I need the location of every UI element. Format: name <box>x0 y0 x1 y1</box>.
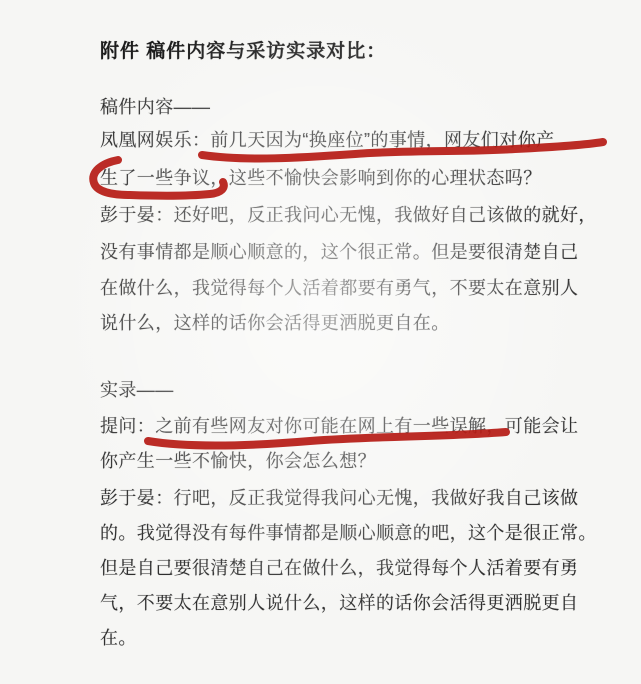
section-label-transcript: 实录—— <box>100 378 174 402</box>
transcript-question-line-2: 你产生一些不愉快，你会怎么想？ <box>100 449 376 473</box>
draft-answer-line-4: 说什么，这样的话你会活得更洒脱更自在。 <box>100 311 450 335</box>
document-photo-page: 附件 稿件内容与采访实录对比： 稿件内容—— 凤凰网娱乐：前几天因为“换座位”的… <box>0 0 641 684</box>
section-label-draft: 稿件内容—— <box>100 95 210 119</box>
draft-answer-line-1: 彭于晏：还好吧，反正我问心无愧，我做好自己该做的就好， <box>100 203 597 227</box>
transcript-answer-line-2: 的。我觉得没有每件事情都是顺心顺意的吧，这个是很正常。 <box>100 521 597 545</box>
transcript-answer-line-4: 气，不要太在意别人说什么，这样的话你会活得更洒脱更自 <box>100 591 578 615</box>
draft-answer-line-2: 没有事情都是顺心顺意的，这个很正常。但是要很清楚自己 <box>100 240 578 264</box>
transcript-answer-line-5: 在。 <box>100 626 137 650</box>
draft-question-line-2: 生了一些争议，这些不愉快会影响到你的心理状态吗？ <box>100 166 542 190</box>
transcript-answer-line-1: 彭于晏：行吧，反正我觉得我问心无愧，我做好我自己该做 <box>100 486 578 510</box>
transcript-answer-line-3: 但是自己要很清楚自己在做什么，我觉得每个人活着要有勇 <box>100 556 578 580</box>
page-title: 附件 稿件内容与采访实录对比： <box>100 40 386 64</box>
transcript-question-line-1: 提问：之前有些网友对你可能在网上有一些误解，可能会让 <box>100 414 578 438</box>
draft-answer-line-3: 在做什么，我觉得每个人活着都要有勇气，不要太在意别人 <box>100 276 578 300</box>
draft-question-line-1: 凤凰网娱乐：前几天因为“换座位”的事情，网友们对你产 <box>100 128 554 152</box>
red-annotation-layer <box>0 0 641 684</box>
